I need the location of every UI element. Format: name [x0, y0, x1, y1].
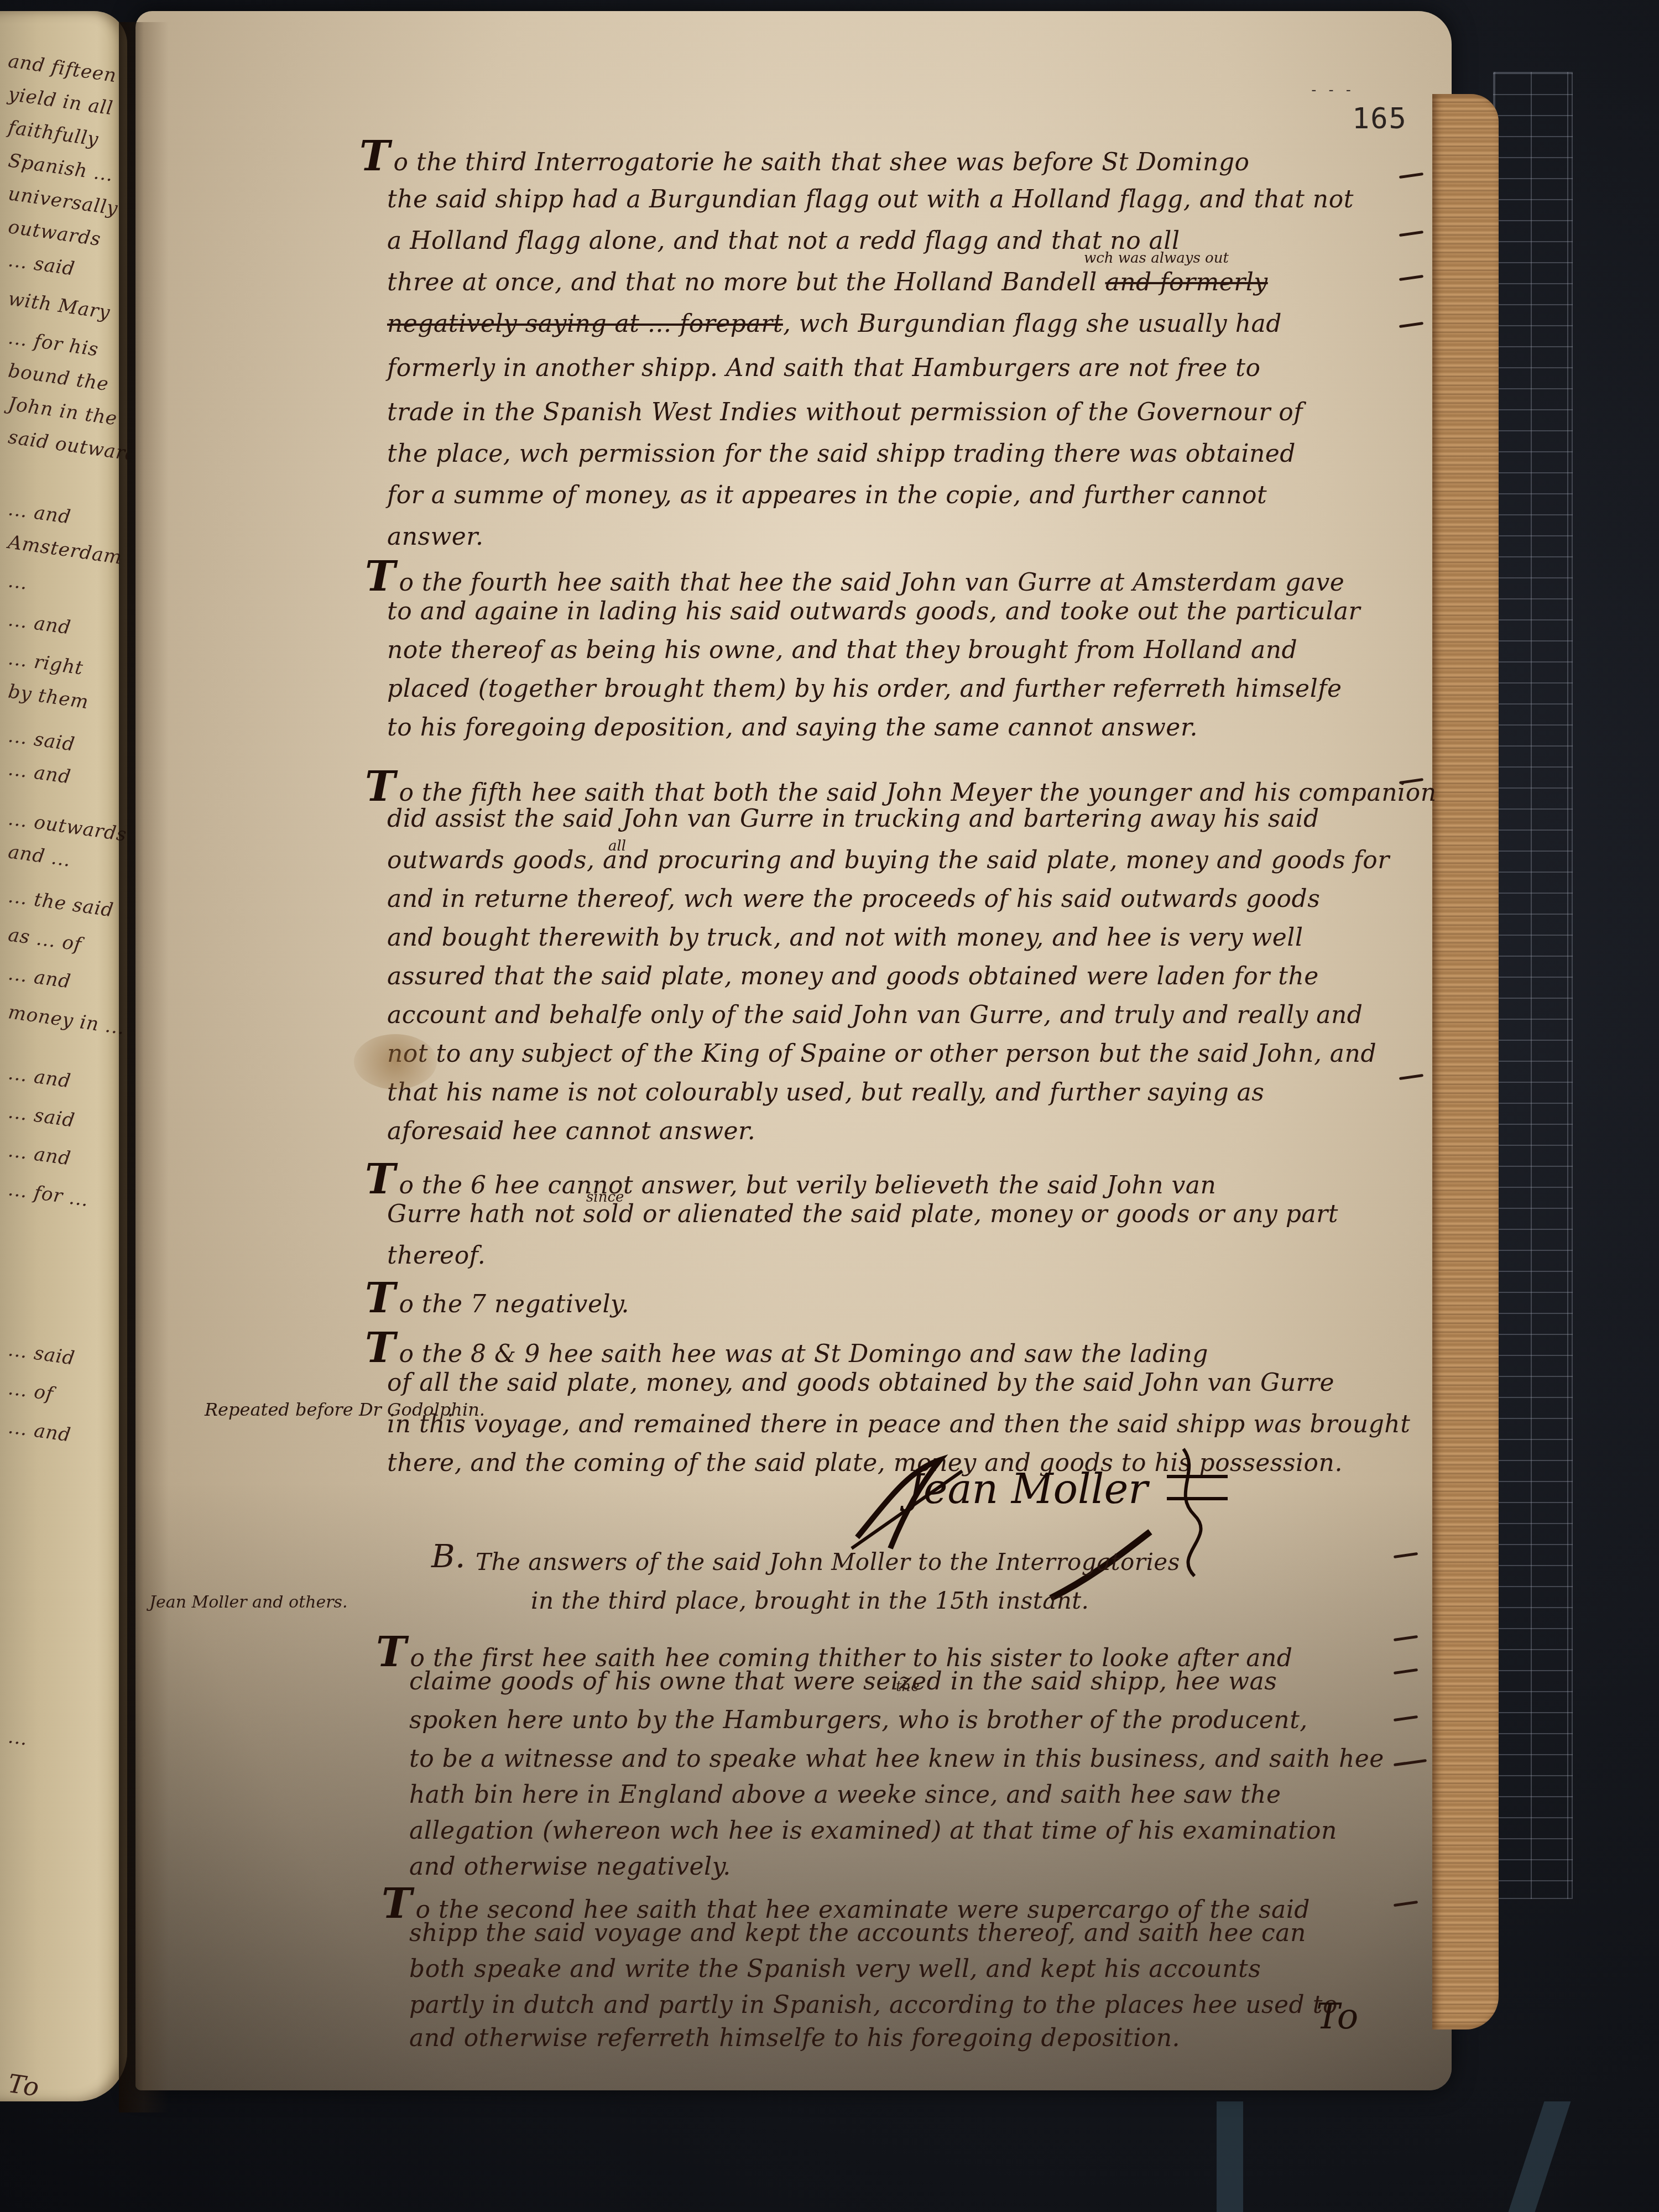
- left-fragment: ...: [7, 1725, 29, 1750]
- margin-label-deponent: Jean Moller and others.: [149, 1593, 348, 1612]
- left-fragment: ... and: [7, 1062, 72, 1093]
- left-fragment: ...: [7, 570, 29, 594]
- answer-first-line-5: hath bin here in England above a weeke s…: [409, 1781, 1281, 1809]
- para-third-line-10: answer.: [387, 523, 484, 551]
- para-initial: T: [382, 1880, 413, 1928]
- signature-flourish-icon: [841, 1438, 1283, 1604]
- line-text: o the third Interrogatorie he saith that…: [394, 148, 1250, 176]
- left-fragment: ... said: [7, 249, 76, 280]
- book-gutter: [119, 22, 169, 2112]
- para-third-line-5: negatively saying at ... forepart, wch B…: [387, 310, 1282, 338]
- para-initial: T: [365, 1275, 396, 1322]
- left-fragment: by them: [7, 680, 90, 713]
- left-fragment: Amsterdam: [7, 531, 123, 568]
- answer-second-line-4: partly in dutch and partly in Spanish, a…: [409, 1991, 1338, 2019]
- answer-second-line-5: and otherwise referreth himselfe to his …: [409, 2024, 1180, 2052]
- left-fragment: ... and: [7, 962, 72, 993]
- left-fragment: outwards: [7, 216, 102, 251]
- left-fragment: ... of: [7, 1377, 55, 1405]
- para-third-line-1: To the third Interrogatorie he saith tha…: [359, 133, 1250, 180]
- para-initial: T: [376, 1629, 407, 1676]
- left-fragment: John in the: [7, 393, 119, 430]
- left-page: and fifteen yield in all faithfully Span…: [0, 11, 127, 2101]
- answer-first-line-7: and otherwise negatively.: [409, 1853, 731, 1881]
- folio-number: 165: [1352, 102, 1407, 135]
- line-text: three at once, and that no more but the …: [387, 268, 1097, 296]
- left-fragment: ... the said: [7, 885, 115, 921]
- left-fragment: as ... of: [7, 924, 83, 956]
- para-initial: T: [365, 763, 396, 811]
- left-catchword: To: [6, 2068, 41, 2101]
- left-fragment: and ...: [7, 841, 72, 872]
- left-fragment: ... for his: [7, 326, 100, 361]
- para-fourth-line-1: To the fourth hee saith that hee the sai…: [365, 553, 1344, 601]
- para-eighth-line-2: of all the said plate, money, and goods …: [387, 1369, 1334, 1397]
- left-fragment: ... right: [7, 647, 85, 680]
- para-initial: T: [365, 1156, 396, 1203]
- folio-marks: - - -: [1310, 82, 1353, 98]
- para-third-line-6: formerly in another shipp. And saith tha…: [387, 354, 1260, 382]
- left-fragment: and fifteen: [7, 50, 118, 87]
- stand-leg: [1217, 2101, 1243, 2212]
- page-fore-edge: [1432, 94, 1499, 2030]
- answers-heading-line-1: The answers of the said John Moller to t…: [476, 1548, 1180, 1575]
- left-fragment: yield in all: [7, 83, 114, 119]
- attestation-note: Repeated before Dr Godolphin.: [205, 1399, 485, 1420]
- line-text: o the 7 negatively.: [399, 1290, 630, 1318]
- left-fragment: with Mary: [7, 288, 112, 324]
- para-fourth-line-5: to his foregoing deposition, and saying …: [387, 713, 1198, 742]
- para-fifth-line-8: not to any subject of the King of Spaine…: [387, 1040, 1376, 1068]
- line-text: o the fourth hee saith that hee the said…: [399, 568, 1345, 597]
- para-sixth-line-3: thereof.: [387, 1241, 486, 1270]
- para-eighth-line-1: To the 8 & 9 hee saith hee was at St Dom…: [365, 1324, 1208, 1372]
- left-fragment: said outwards: [7, 426, 127, 467]
- section-marker-b: B.: [431, 1537, 466, 1575]
- para-eighth-line-3: in this voyage, and remained there in pe…: [387, 1410, 1410, 1438]
- para-fifth-line-5: and bought therewith by truck, and not w…: [387, 924, 1303, 952]
- para-initial: T: [365, 553, 396, 601]
- answer-first-line-3: spoken here unto by the Hamburgers, who …: [409, 1706, 1308, 1734]
- answers-heading-line-2: in the third place, brought in the 15th …: [531, 1587, 1089, 1614]
- line-text: o the 8 & 9 hee saith hee was at St Domi…: [399, 1340, 1208, 1368]
- answer-first-line-6: allegation (whereon wch hee is examined)…: [409, 1817, 1337, 1845]
- para-fifth-line-6: assured that the said plate, money and g…: [387, 962, 1319, 990]
- left-fragment: ... said: [7, 1338, 76, 1370]
- para-fifth-line-10: aforesaid hee cannot answer.: [387, 1117, 755, 1145]
- answer-second-line-3: both speake and write the Spanish very w…: [409, 1955, 1261, 1983]
- interlinear-insertion: all: [608, 838, 626, 854]
- answer-first-line-4: to be a witnesse and to speake what hee …: [409, 1745, 1384, 1773]
- left-fragment: ... said: [7, 1100, 76, 1132]
- para-third-line-9: for a summe of money, as it appeares in …: [387, 481, 1267, 509]
- answer-first-line-2: claime goods of his owne that were seize…: [409, 1667, 1277, 1695]
- para-sixth-line-1: To the 6 hee cannot answer, but verily b…: [365, 1156, 1216, 1203]
- ink-stain: [354, 1034, 437, 1089]
- para-third-line-8: the place, wch permission for the said s…: [387, 440, 1296, 468]
- left-fragment: ... and: [7, 498, 72, 529]
- para-fifth-line-1: To the fifth hee saith that both the sai…: [365, 763, 1437, 811]
- line-text: o the 6 hee cannot answer, but verily be…: [399, 1171, 1217, 1199]
- struck-text: and formerly: [1105, 268, 1267, 296]
- para-third-line-4: three at once, and that no more but the …: [387, 268, 1268, 296]
- left-fragment: ... and: [7, 1416, 72, 1447]
- calibration-grid: [1493, 72, 1573, 1899]
- left-fragment: ... and: [7, 758, 72, 789]
- para-third-line-7: trade in the Spanish West Indies without…: [387, 398, 1303, 426]
- para-initial: T: [365, 1324, 396, 1372]
- para-fourth-line-4: placed (together brought them) by his or…: [387, 675, 1342, 703]
- para-fifth-line-9: that his name is not colourably used, bu…: [387, 1078, 1264, 1107]
- left-fragment: ... and: [7, 1139, 72, 1170]
- interlinear-insertion: the: [896, 1678, 920, 1695]
- para-fifth-line-3: outwards goods, and procuring and buying…: [387, 846, 1390, 874]
- struck-text: negatively saying at ... forepart: [387, 310, 783, 338]
- left-fragment: ... for ...: [7, 1178, 90, 1211]
- left-fragment: ... said: [7, 724, 76, 756]
- left-fragment: universally: [7, 182, 119, 220]
- para-third-line-2: the said shipp had a Burgundian flagg ou…: [387, 185, 1354, 213]
- para-seventh-line-1: To the 7 negatively.: [365, 1275, 629, 1322]
- para-fourth-line-3: note thereof as being his owne, and that…: [387, 636, 1297, 664]
- catchword: To: [1316, 1996, 1358, 2037]
- interlinear-insertion: wch was always out: [1084, 250, 1229, 267]
- left-fragment: ... and: [7, 608, 72, 639]
- para-sixth-line-2: Gurre hath not sold or alienated the sai…: [387, 1200, 1338, 1228]
- para-fifth-line-4: and in returne thereof, wch were the pro…: [387, 885, 1320, 913]
- para-fourth-line-2: to and againe in lading his said outward…: [387, 597, 1360, 625]
- left-fragment: Spanish ...: [7, 149, 114, 186]
- para-initial: T: [359, 133, 390, 180]
- para-fifth-line-2: did assist the said John van Gurre in tr…: [387, 805, 1319, 833]
- left-fragment: bound the: [7, 359, 110, 395]
- line-text: , wch Burgundian flagg she usually had: [783, 310, 1282, 338]
- photographed-manuscript: and fifteen yield in all faithfully Span…: [0, 0, 1659, 2212]
- para-third-line-3: a Holland flagg alone, and that not a re…: [387, 227, 1180, 255]
- answer-second-line-2: shipp the said voyage and kept the accou…: [409, 1919, 1306, 1947]
- stand-leg: [1509, 2101, 1571, 2212]
- left-fragment: faithfully: [7, 116, 100, 151]
- left-fragment: money in ...: [7, 1001, 126, 1039]
- para-fifth-line-7: account and behalfe only of the said Joh…: [387, 1001, 1363, 1029]
- line-text: o the fifth hee saith that both the said…: [399, 779, 1437, 807]
